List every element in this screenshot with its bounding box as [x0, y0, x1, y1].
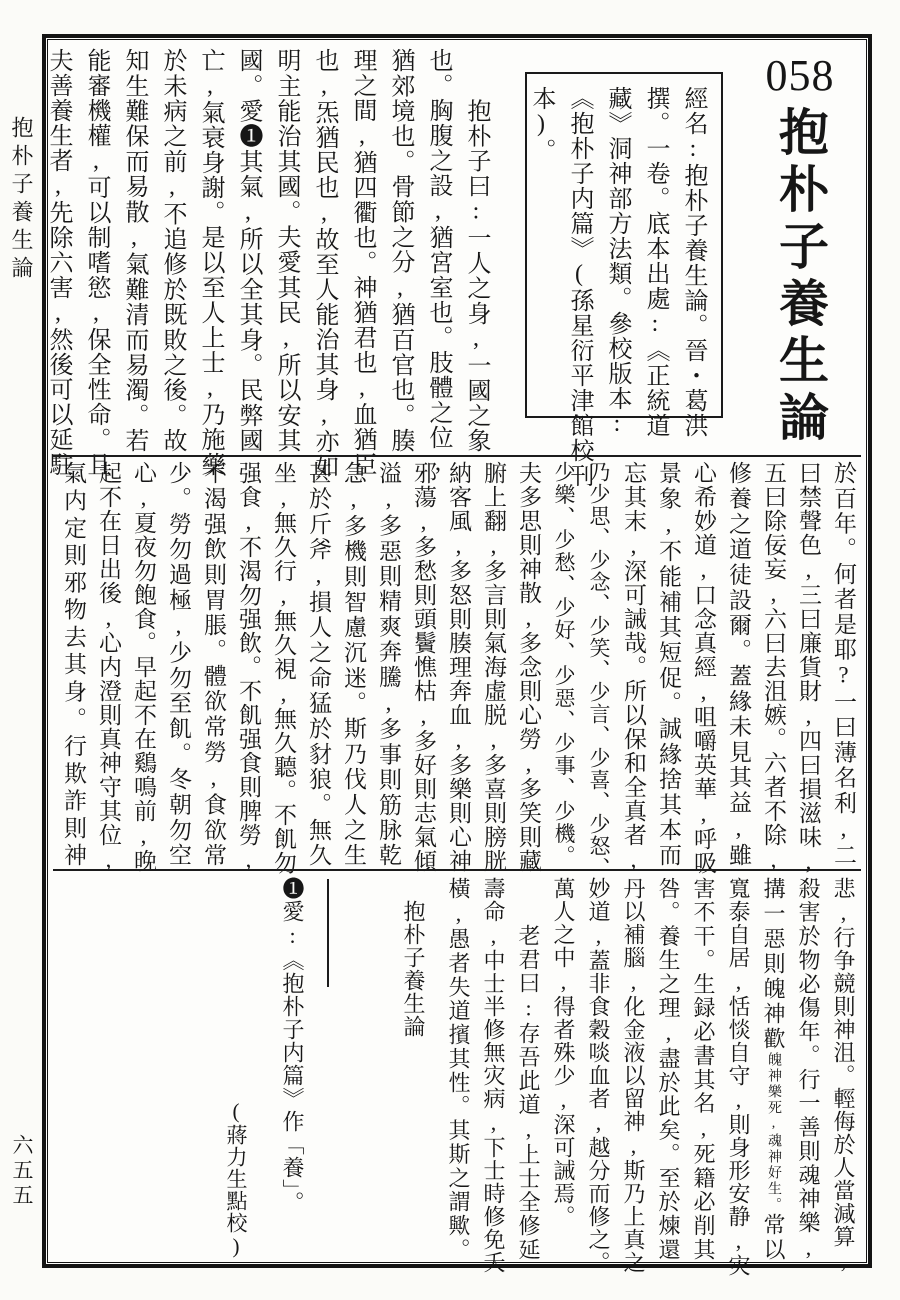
text-column: 撰。一卷。底本出處:《正統道 [636, 86, 674, 404]
document-title: 抱朴子養生論 [770, 106, 830, 448]
text-column: 抱朴子曰:一人之身,一國之象 [457, 48, 495, 453]
top-band: 058 抱朴子養生論 經名:抱朴子養生論。晉・葛洪撰。一卷。底本出處:《正統道藏… [53, 48, 861, 453]
text-column: 溢,多惡則精爽奔騰,多事則筋脉乾 [371, 461, 406, 867]
page-content: 058 抱朴子養生論 經名:抱朴子養生論。晉・葛洪撰。一卷。底本出處:《正統道藏… [53, 44, 861, 1258]
text-column: 搆一惡則魄神歡魄神樂死,魂神好生。常以 [756, 877, 791, 1261]
text-column: 也。胸腹之設,猶宮室也。肢體之位, [419, 48, 457, 453]
end-title: 抱朴子養生論 [396, 877, 431, 1261]
text-column: 乃少思、少念、少笑、少言、少喜、少怒、 [581, 461, 616, 867]
text-column: 甚於斤斧,損人之命猛於豺狼。無久 [301, 461, 336, 867]
text-column: 咎。養生之理,盡於此矣。至於煉還 [651, 877, 686, 1261]
text-column: 理之間,猶四衢也。神猶君也,血猶臣 [343, 48, 381, 453]
text-column: 亡,氣衰身謝。是以至人上士,乃施藥 [191, 48, 229, 453]
text-column: 坐,無久行,無久視,無久聽。不飢勿 [266, 461, 301, 867]
text-column: 經名:抱朴子養生論。晉・葛洪 [674, 86, 712, 404]
text-column: 景象,不能補其短促。誠緣捨其本而 [651, 461, 686, 867]
text-column: 於百年。何者是耶?一曰薄名利,二 [826, 461, 861, 867]
text-column: 國。愛❶其氣,所以全其身。民弊國 [229, 48, 267, 453]
text-column: 也,炁猶民也,故至人能治其身,亦如 [305, 48, 343, 453]
page-frame: 058 抱朴子養生論 經名:抱朴子養生論。晉・葛洪撰。一卷。底本出處:《正統道藏… [42, 34, 872, 1268]
text-column: 邪蕩,多愁則頭鬢憔枯,多好則志氣傾 [406, 461, 441, 867]
text-column: 橫,愚者失道擯其性。其斯之謂歟。 [441, 877, 476, 1261]
text-column: 少。勞勿過極,少勿至飢。冬朝勿空 [161, 461, 196, 867]
section-divider [53, 869, 861, 871]
info-box-wrap: 經名:抱朴子養生論。晉・葛洪撰。一卷。底本出處:《正統道藏》洞神部方法類。參校版… [495, 48, 723, 453]
text-column: 五曰除佞妄,六曰去沮嫉。六者不除, [756, 461, 791, 867]
text-column: 殺害於物必傷年。行一善則魂神樂, [791, 877, 826, 1261]
text-column: 悲,行争競則神沮。輕侮於人當減算, [826, 877, 861, 1261]
text-column: 於未病之前,不追修於既敗之後。故 [153, 48, 191, 453]
text-column: 急,多機則智慮沉迷。斯乃伐人之生 [336, 461, 371, 867]
bibliographic-info-box: 經名:抱朴子養生論。晉・葛洪撰。一卷。底本出處:《正統道藏》洞神部方法類。參校版… [525, 72, 723, 418]
text-column: 少樂、少愁、少好、少惡、少事、少機。 [546, 461, 581, 867]
text-column: 老君曰:存吾此道,上士全修延 [511, 877, 546, 1261]
document-number: 058 [766, 50, 835, 102]
text-column: 腑上翻,多言則氣海虛脱,多喜則膀胱 [476, 461, 511, 867]
text-column: 納客風,多怒則腠理奔血,多樂則心神 [441, 461, 476, 867]
colophon: (蔣力生點校) [221, 1099, 251, 1259]
text-column: 曰禁聲色,三曰廉貨財,四曰損滋味, [791, 461, 826, 867]
text-column: 妙道,蓋非食穀啖血者,越分而修之。 [581, 877, 616, 1261]
text-column: 心,夏夜勿飽食。早起不在鷄鳴前,晚 [126, 461, 161, 867]
header-block: 058 抱朴子養生論 [739, 48, 861, 453]
section-3: 悲,行争競則神沮。輕侮於人當減算,殺害於物必傷年。行一善則魂神樂,搆一惡則魄神歡… [53, 877, 861, 1261]
page-number: 六五五 [8, 1134, 36, 1209]
text-column: 《抱朴子内篇》(孫星衍平津館校刊 [560, 86, 598, 404]
text-column: 害不干。生録必書其名,死籍必削其 [686, 877, 721, 1261]
footnote-divider-rule [327, 879, 329, 987]
text-column: 能審機權,可以制嗜慾,保全性命。且 [77, 48, 115, 453]
text-column: 猶郊境也。骨節之分,猶百官也。腠 [381, 48, 419, 453]
text-column: 本)。 [522, 86, 560, 404]
text-column: 壽命,中士半修無灾病,下士時修免夭 [476, 877, 511, 1261]
inline-annotation: 魄神樂死,魂神好生。 [766, 1052, 781, 1213]
text-column: 萬人之中,得者殊少,深可誡焉。 [546, 877, 581, 1261]
footnote: ❶愛:《抱朴子内篇》作「養」。 [275, 877, 310, 1261]
text-column: 藏》洞神部方法類。參校版本: [598, 86, 636, 404]
section-divider [53, 455, 861, 457]
text-column: 忘其末,深可誡哉。所以保和全真者, [616, 461, 651, 867]
text-column: 修養之道徒設爾。蓋緣未見其益,雖 [721, 461, 756, 867]
text-column: 明主能治其國。夫愛其民,所以安其 [267, 48, 305, 453]
text-column: 氣内定則邪物去其身。行欺詐則神 [56, 461, 91, 867]
section-2: 於百年。何者是耶?一曰薄名利,二曰禁聲色,三曰廉貨財,四曰損滋味,五曰除佞妄,六… [53, 461, 861, 867]
text-column: 夫善養生者,先除六害,然後可以延駐 [39, 48, 77, 453]
text-column: 知生難保而易散,氣難清而易濁。若 [115, 48, 153, 453]
text-column: 寬泰自居,恬惔自守,則身形安静,灾 [721, 877, 756, 1261]
text-column: 起不在日出後,心内澄則真神守其位, [91, 461, 126, 867]
text-column: 不渴强飲則胃脹。體欲常勞,食欲常 [196, 461, 231, 867]
text-column: 心希妙道,口念真經,咀嚼英華,呼吸 [686, 461, 721, 867]
page-margin-title: 抱朴子養生論 [6, 116, 36, 284]
text-column: 丹以補腦,化金液以留神,斯乃上真之 [616, 877, 651, 1261]
text-column: 强食,不渴勿强飲。不飢强食則脾勞, [231, 461, 266, 867]
text-column: 夫多思則神散,多念則心勞,多笑則藏 [511, 461, 546, 867]
